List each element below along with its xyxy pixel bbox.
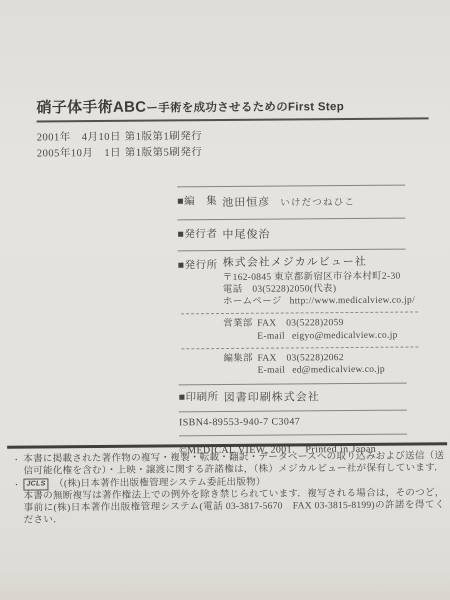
editor-kana: いけだつねひこ	[280, 198, 355, 209]
issuer-row: ■発行者 中尾俊治	[177, 218, 405, 251]
edition-printing: 第1版第5刷発行	[125, 147, 203, 159]
book-colophon-page-photo: 硝子体手術ABCー手術を成功させるためのFirst Step 2001年 4月1…	[0, 0, 450, 600]
bullet-marker: ・	[12, 454, 23, 478]
jcls-badge: JCLS	[23, 478, 48, 490]
editorial-email-line: E-mailed@medicalview.co.jp	[224, 364, 407, 378]
page-content: 硝子体手術ABCー手術を成功させるためのFirst Step 2001年 4月1…	[0, 0, 450, 600]
editor-row: ■編 集 池田恒彦いけだつねひこ	[177, 185, 405, 220]
bullet-marker: ・	[12, 478, 23, 526]
book-title-subtitle: ー手術を成功させるためのFirst Step	[146, 101, 344, 115]
notice-item: ・ JCLS （(株)日本著作出版権管理システム委託出版物） 本書の無断複写は著…	[12, 475, 444, 526]
homepage-label: ホームページ	[223, 296, 282, 306]
isbn-row: ISBN4-89553-940-7 C3047	[179, 410, 407, 436]
indent-spacer	[224, 365, 258, 377]
publisher-address: 〒162-0845 東京都新宿区市谷本村町2-30	[223, 272, 406, 285]
sales-dept-label: 営業部	[223, 318, 257, 330]
sales-email-entry: E-maileigyo@medicalview.co.jp	[257, 329, 398, 342]
notice-body-text: 本書の無断複写は著作権法上での例外を除き禁じられています．複写される場合は，その…	[23, 487, 444, 526]
sales-email-line: E-maileigyo@medicalview.co.jp	[223, 329, 406, 343]
publisher-name: 株式会社メジカルビュー社	[223, 255, 406, 271]
colophon: ■編 集 池田恒彦いけだつねひこ ■発行者 中尾俊治 ■発行所 株式会社メジカル…	[177, 185, 407, 464]
book-title-main: 硝子体手術ABC	[36, 99, 146, 117]
title-rule	[37, 117, 429, 122]
rights-notices: ・ 本書に掲載された著作物の複写・複製・転載・翻訳・データベースへの取り込みおよ…	[12, 450, 445, 527]
dashed-divider	[181, 312, 418, 315]
editor-entry: 池田恒彦いけだつねひこ	[222, 192, 405, 211]
editorial-dept-label: 編集部	[223, 353, 257, 365]
editor-label: ■編 集	[177, 193, 222, 211]
email-label: E-mail	[257, 331, 285, 341]
notice-text: JCLS （(株)日本著作出版権管理システム委託出版物） 本書の無断複写は著作権…	[23, 475, 444, 526]
email-label: E-mail	[258, 366, 286, 376]
printer-label: ■印刷所	[179, 389, 224, 405]
printer-row: ■印刷所 図書印刷株式会社	[179, 383, 407, 412]
edition-row: 2005年10月 1日第1版第5刷発行	[37, 143, 429, 162]
publisher-label: ■発行所	[178, 257, 218, 272]
publisher-homepage: ホームページhttp://www.medicalview.co.jp/	[223, 295, 406, 308]
edition-history: 2001年 4月10日第1版第1刷発行 2005年10月 1日第1版第5刷発行	[37, 127, 429, 161]
printer-name: 図書印刷株式会社	[224, 388, 407, 405]
notice-text: 本書に掲載された著作物の複写・複製・転載・翻訳・データベースへの取り込みおよび送…	[23, 450, 444, 477]
editorial-fax: FAX 03(5228)2062	[257, 352, 344, 365]
issuer-name: 中尾俊治	[222, 225, 405, 242]
editorial-email-entry: E-mailed@medicalview.co.jp	[258, 364, 385, 377]
indent-spacer	[223, 330, 257, 342]
title-block: 硝子体手術ABCー手術を成功させるためのFirst Step 2001年 4月1…	[36, 93, 428, 161]
editorial-dept: 編集部 FAX 03(5228)2062 E-mailed@medicalvie…	[223, 351, 406, 377]
editorial-email: ed@medicalview.co.jp	[292, 365, 385, 376]
sales-dept: 営業部 FAX 03(5228)2059 E-maileigyo@medical…	[223, 317, 406, 343]
edition-date: 2005年10月 1日	[37, 145, 125, 161]
notice-jcls-caption: （(株)日本著作出版権管理システム委託出版物）	[54, 476, 266, 489]
notice-item: ・ 本書に掲載された著作物の複写・複製・転載・翻訳・データベースへの取り込みおよ…	[12, 450, 444, 477]
edition-date: 2001年 4月10日	[37, 130, 125, 146]
homepage-url: http://www.medicalview.co.jp/	[290, 295, 415, 306]
publisher-details: 株式会社メジカルビュー社 〒162-0845 東京都新宿区市谷本村町2-30 電…	[223, 255, 407, 378]
dashed-divider	[181, 346, 418, 349]
edition-printing: 第1版第1刷発行	[125, 131, 203, 143]
sales-fax: FAX 03(5228)2059	[257, 317, 344, 330]
editor-name: 池田恒彦	[222, 197, 270, 209]
isbn-text: ISBN4-89553-940-7 C3047	[179, 417, 300, 429]
publisher-row: ■発行所 株式会社メジカルビュー社 〒162-0845 東京都新宿区市谷本村町2…	[178, 249, 407, 385]
book-title: 硝子体手術ABCー手術を成功させるためのFirst Step	[36, 93, 428, 117]
sales-email: eigyo@medicalview.co.jp	[292, 330, 398, 341]
issuer-label: ■発行者	[177, 226, 222, 242]
